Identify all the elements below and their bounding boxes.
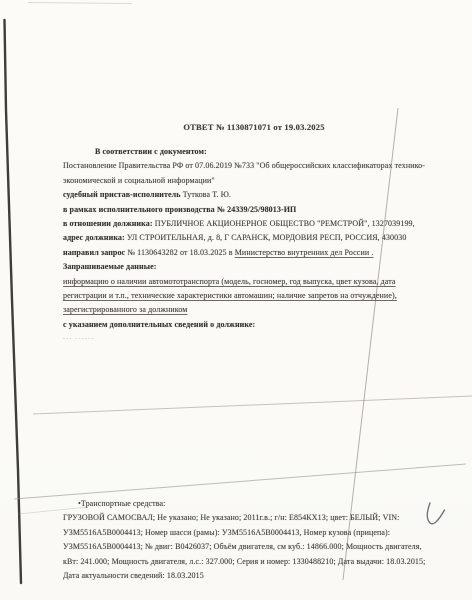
request-line: направил запрос № 1130643282 от 18.03.20… [63,246,455,260]
debtor-value: ПУБЛИЧНОЕ АКЦИОНЕРНОЕ ОБЩЕСТВО "РЕМСТРОЙ… [155,219,415,228]
bailiff-line: судебный пристав-исполнитель Туткова Т. … [63,188,455,202]
scan-edge-line-left [5,20,22,583]
document-body: В соответствии с документом: Постановлен… [63,145,455,346]
debtor-address-line: адрес должника: УЛ СТРОИТЕЛЬНАЯ, д. 8, Г… [63,231,455,245]
requested-data-line-3: зарегистрированного за должником [63,303,455,317]
debtor-label: в отношении должника: [63,219,155,228]
bailiff-label: судебный пристав-исполнитель [63,190,183,199]
vehicle-detail-line: У3М5516А5В0004413; Номер шасси (рамы): У… [63,526,461,540]
bailiff-name: Туткова Т. Ю. [183,190,231,199]
accordance-heading: В соответствии с документом: [63,145,455,159]
scan-crease-top [28,3,132,4]
debtor-address-value: УЛ СТРОИТЕЛЬНАЯ, д. 8, Г САРАНСК, МОРДОВ… [127,233,407,242]
scan-crease-lower [14,464,466,499]
proceeding-label: в рамках исполнительного производства [63,205,217,214]
vehicles-heading: •Транспортные средства: [63,497,461,511]
scan-crease-middle [33,396,472,414]
placeholder-marks: --- ------ [63,332,455,346]
debtor-line: в отношении должника: ПУБЛИЧНОЕ АКЦИОНЕР… [63,217,455,231]
proceeding-line: в рамках исполнительного производства № … [63,203,455,217]
additional-heading: с указанием дополнительных сведений о до… [63,318,455,332]
request-details: № 1130643282 от 18.03.2025 в [127,248,234,257]
request-label: направил запрос [63,248,127,257]
regulation-line-2: экономической и социальной информации" [63,174,455,188]
requested-data-line-1: информацию о наличии автомототранспорта … [63,275,455,289]
requested-data-heading: Запрашиваемые данные: [63,260,455,274]
vehicle-detail-line: Дата актуальности сведений: 18.03.2015 [63,569,461,583]
regulation-line-1: Постановление Правительства РФ от 07.06.… [63,159,455,173]
vehicle-detail-line: кВт: 241.000; Мощность двигателя, л.с.: … [63,555,461,569]
vehicle-detail-line: ГРУЗОВОЙ САМОСВАЛ; Не указано; Не указан… [63,511,461,525]
document-title: ОТВЕТ № 1130871071 от 19.03.2025 [63,120,445,134]
proceeding-number: № 24339/25/98013-ИП [217,205,297,214]
vehicle-detail-line: У3М5516А5В0004413; № двиг: В0426037; Объ… [63,540,461,554]
vehicles-block: •Транспортные средства: ГРУЗОВОЙ САМОСВА… [63,497,461,583]
requested-data-line-2: регистрации и т.п., технические характер… [63,289,455,303]
scanned-document-page: ОТВЕТ № 1130871071 от 19.03.2025 В соотв… [0,0,472,600]
request-target: Министерство внутренних дел России . [235,248,374,257]
debtor-address-label: адрес должника: [63,233,127,242]
